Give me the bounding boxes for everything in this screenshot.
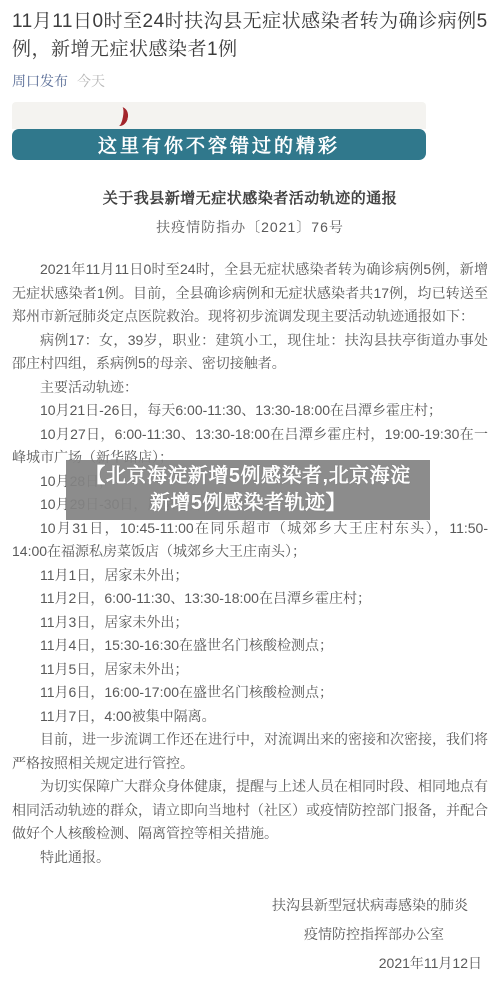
notice-doc-number: 扶疫情防指办〔2021〕76号 <box>12 217 488 237</box>
notice-paragraph: 特此通报。 <box>12 846 488 870</box>
promo-banner-top-strip <box>12 102 426 129</box>
signature-block: 扶沟县新型冠状病毒感染的肺炎 疫情防控指挥部办公室 2021年11月12日 <box>12 891 488 978</box>
notice-paragraph: 11月2日，6:00-11:30、13:30-18:00在吕潭乡霍庄村； <box>12 587 488 611</box>
notice-paragraph: 11月7日，4:00被集中隔离。 <box>12 705 488 729</box>
source-account-link[interactable]: 周口发布 <box>12 71 68 91</box>
notice-paragraph: 10月21日-26日，每天6:00-11:30、13:30-18:00在吕潭乡霍… <box>12 399 488 423</box>
notice-paragraph: 目前，进一步流调工作还在进行中，对流调出来的密接和次密接，我们将严格按照相关规定… <box>12 728 488 775</box>
notice-paragraph: 11月5日，居家未外出； <box>12 658 488 682</box>
notice-body: 2021年11月11日0时至24时，全县无症状感染者转为确诊病例5例，新增无症状… <box>12 258 488 869</box>
notice-paragraph: 11月4日，15:30-16:30在盛世名门核酸检测点； <box>12 634 488 658</box>
notice-paragraph: 11月3日，居家未外出； <box>12 611 488 635</box>
article-title: 11月11日0时至24时扶沟县无症状感染者转为确诊病例5例，新增无症状感染者1例 <box>12 8 488 64</box>
article-meta: 周口发布 今天 <box>12 71 488 91</box>
watermark-line1: 【北京海淀新增5例感染者,北京海淀 <box>85 463 410 490</box>
publish-time: 今天 <box>77 71 105 91</box>
red-quote-ornament-icon <box>111 106 129 127</box>
watermark-line2: 新增5例感染者轨迹】 <box>150 490 346 517</box>
promo-banner[interactable]: 这里有你不容错过的精彩 <box>12 102 426 160</box>
signature-date: 2021年11月12日 <box>12 949 482 978</box>
notice-paragraph: 11月6日，16:00-17:00在盛世名门核酸检测点； <box>12 681 488 705</box>
notice-paragraph: 主要活动轨迹： <box>12 376 488 400</box>
notice-paragraph: 病例17：女，39岁，职业：建筑小工，现住址：扶沟县扶亭街道办事处邵庄村四组，系… <box>12 329 488 376</box>
notice-title: 关于我县新增无症状感染者活动轨迹的通报 <box>12 187 488 208</box>
notice-paragraph: 11月1日，居家未外出； <box>12 564 488 588</box>
article-page: 11月11日0时至24时扶沟县无症状感染者转为确诊病例5例，新增无症状感染者1例… <box>0 0 500 982</box>
signature-org-line2: 疫情防控指挥部办公室 <box>12 920 444 949</box>
promo-banner-bar[interactable]: 这里有你不容错过的精彩 <box>12 129 426 160</box>
signature-org-line1: 扶沟县新型冠状病毒感染的肺炎 <box>12 891 468 920</box>
notice-paragraph: 10月31日，10:45-11:00在同乐超市（城郊乡大王庄村东头），11:50… <box>12 517 488 564</box>
repost-watermark-overlay: 【北京海淀新增5例感染者,北京海淀 新增5例感染者轨迹】 <box>66 460 430 520</box>
notice-paragraph: 2021年11月11日0时至24时，全县无症状感染者转为确诊病例5例，新增无症状… <box>12 258 488 329</box>
notice-paragraph: 为切实保障广大群众身体健康，提醒与上述人员在相同时段、相同地点有相同活动轨迹的群… <box>12 775 488 846</box>
